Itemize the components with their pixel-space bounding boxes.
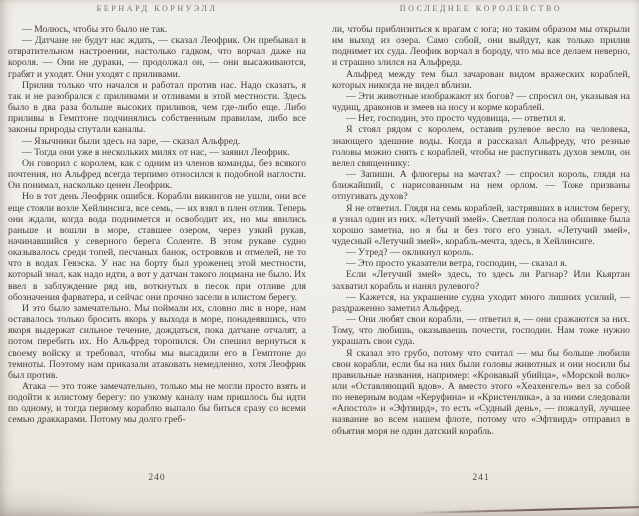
paragraph: Альфред между тем был зачарован видом вр… bbox=[332, 69, 630, 91]
paragraph: И это было замечательно. Мы поймали их, … bbox=[8, 303, 306, 381]
paragraph: — Датчане не будут нас ждать, — сказал Л… bbox=[8, 35, 306, 80]
paragraph: Прилив только что начался и работал прот… bbox=[8, 80, 306, 136]
page-right: Последнее королевство ли, чтобы приблизи… bbox=[332, 0, 630, 516]
running-header-title: Последнее королевство bbox=[332, 4, 630, 13]
paragraph: Я стоял рядом с королем, оставив рулевое… bbox=[332, 124, 630, 169]
page-number-right: 241 bbox=[332, 473, 630, 483]
page-body-left: — Молюсь, чтобы это было не так.— Датчан… bbox=[8, 24, 306, 456]
paragraph: Я не ответил. Глядя на семь кораблей, за… bbox=[332, 203, 630, 248]
paragraph: — Они любят свои корабли, — ответил я, —… bbox=[332, 314, 630, 347]
running-header-author: Бернард Корнуэлл bbox=[8, 4, 306, 13]
paragraph: Он говорил с королем, как с одним из чле… bbox=[8, 158, 306, 191]
paragraph: Если «Летучий змей» здесь, то здесь ли Р… bbox=[332, 269, 630, 291]
page-number-left: 240 bbox=[8, 473, 306, 483]
paragraph: — Тогда они уже в нескольких милях от на… bbox=[8, 147, 306, 158]
paragraph: — Утред? — окликнул король. bbox=[332, 247, 630, 258]
paragraph: Атака — это тоже замечательно, только мы… bbox=[8, 381, 306, 426]
paragraph: — Кажется, на украшение судна уходит мно… bbox=[332, 292, 630, 314]
paragraph: Я сказал это грубо, потому что считал — … bbox=[332, 348, 630, 437]
paragraph: — Запиши. А флюгеры на мачтах? — спросил… bbox=[332, 169, 630, 202]
scan-corner-shadow bbox=[0, 490, 120, 516]
paragraph: — Язычники были здесь на заре, — сказал … bbox=[8, 136, 306, 147]
book-scan: Бернард Корнуэлл — Молюсь, чтобы это был… bbox=[0, 0, 639, 516]
paragraph: — Эти животные изображают их богов? — сп… bbox=[332, 91, 630, 113]
page-left: Бернард Корнуэлл — Молюсь, чтобы это был… bbox=[8, 0, 306, 516]
paragraph: ли, чтобы приблизиться к врагам с юга; н… bbox=[332, 24, 630, 69]
paragraph: — Это просто указатели ветра, господин, … bbox=[332, 258, 630, 269]
page-body-right: ли, чтобы приблизиться к врагам с юга; н… bbox=[332, 24, 630, 456]
paragraph: — Молюсь, чтобы это было не так. bbox=[8, 24, 306, 35]
paragraph: — Нет, господин, это просто чудовища, — … bbox=[332, 113, 630, 124]
paragraph: Но в тот день Леофрик ошибся. Корабли ви… bbox=[8, 191, 306, 303]
